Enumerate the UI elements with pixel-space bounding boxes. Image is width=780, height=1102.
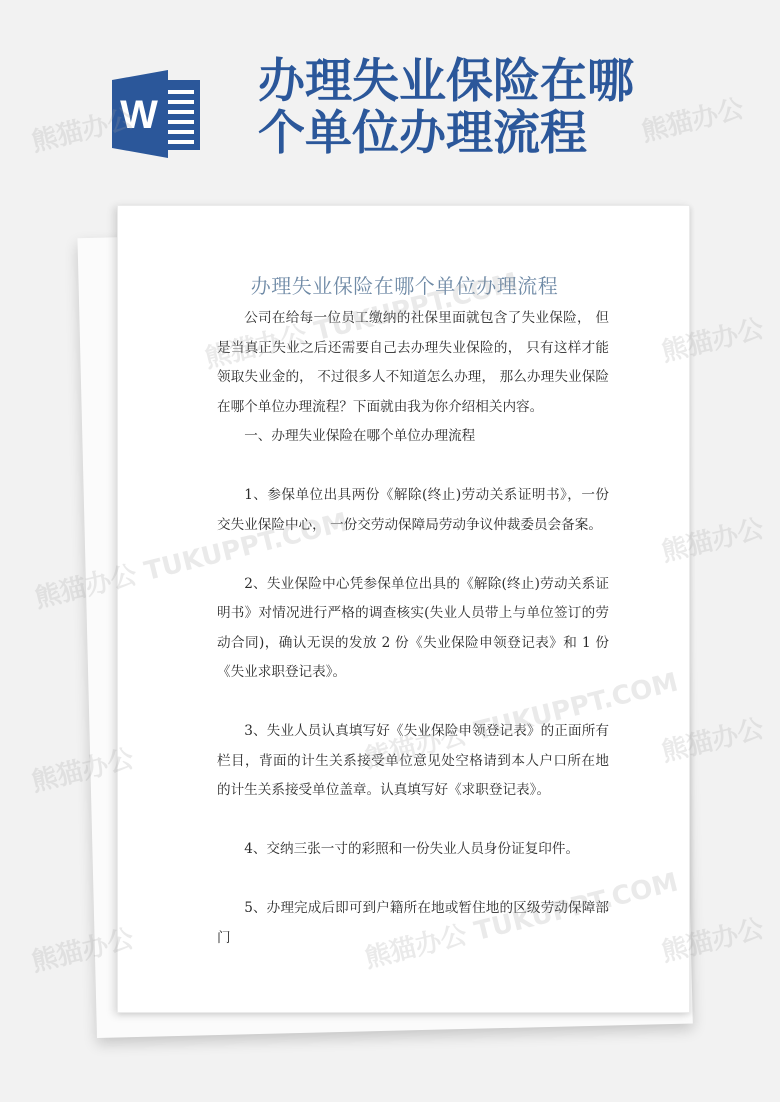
step-5: 5、办理完成后即可到户籍所在地或暂住地的区级劳动保障部门 — [217, 894, 609, 953]
intro-paragraph: 公司在给每一位员工缴纳的社保里面就包含了失业保险， 但是当真正失业之后还需要自己… — [217, 304, 609, 422]
step-4: 4、交纳三张一寸的彩照和一份失业人员身份证复印件。 — [217, 835, 609, 865]
step-3: 3、失业人员认真填写好《失业保险申领登记表》的正面所有栏目，背面的计生关系接受单… — [217, 717, 609, 806]
document-heading: 办理失业保险在哪个单位办理流程 — [118, 270, 691, 299]
title-line-2: 个单位办理流程 — [258, 108, 698, 160]
page-title: 办理失业保险在哪 个单位办理流程 — [258, 56, 698, 160]
page-stage: W 办理失业保险在哪 个单位办理流程 办理失业保险在哪个单位办理流程 公司在给每… — [0, 0, 780, 1102]
svg-text:W: W — [120, 93, 158, 137]
section-heading: 一、办理失业保险在哪个单位办理流程 — [217, 422, 609, 452]
document-page: 办理失业保险在哪个单位办理流程 公司在给每一位员工缴纳的社保里面就包含了失业保险… — [117, 205, 690, 1013]
header: W 办理失业保险在哪 个单位办理流程 — [0, 0, 780, 190]
title-line-1: 办理失业保险在哪 — [258, 56, 698, 108]
step-1: 1、参保单位出具两份《解除(终止)劳动关系证明书》，一份交失业保险中心， 一份交… — [217, 481, 609, 540]
document-body: 公司在给每一位员工缴纳的社保里面就包含了失业保险， 但是当真正失业之后还需要自己… — [217, 304, 609, 953]
word-icon: W — [108, 68, 208, 160]
step-2: 2、失业保险中心凭参保单位出具的《解除(终止)劳动关系证明书》对情况进行严格的调… — [217, 570, 609, 688]
